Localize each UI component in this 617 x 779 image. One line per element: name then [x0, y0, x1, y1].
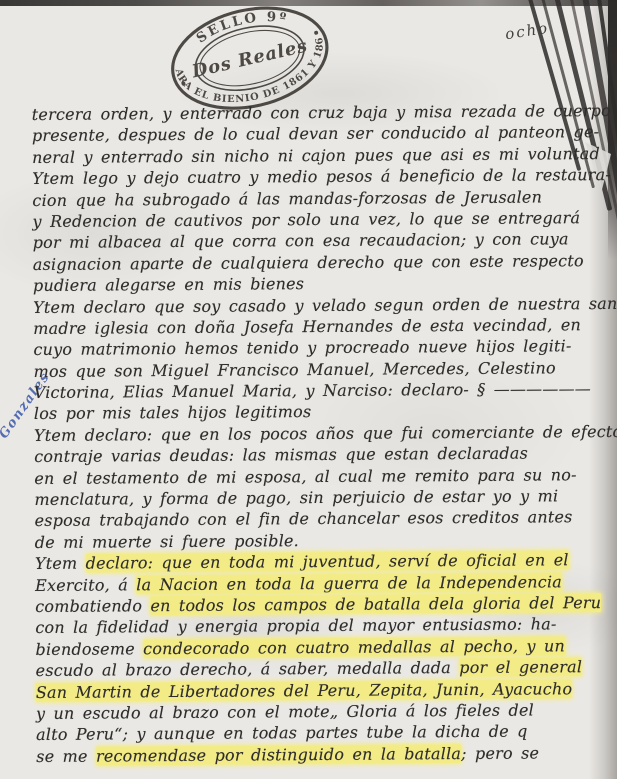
- highlighted-text: la Nacion en toda la guerra de la Indepe…: [136, 572, 562, 594]
- scanned-document-page: SELLO 9º PARA EL BIENIO DE 1861 Y 1862 D…: [0, 0, 617, 779]
- handwritten-text: cion que ha subrogado á las mandas-forzo…: [32, 187, 542, 210]
- handwritten-text: los por mis tales hijos legitimos: [34, 403, 312, 424]
- handwritten-text: por mi albacea al que corra con esa reca…: [33, 230, 569, 253]
- manuscript-line: asignacion aparte de cualquiera derecho …: [33, 250, 605, 275]
- handwritten-text: Ytem declaro: que en los pocos años que …: [34, 422, 617, 445]
- handwritten-text: Exercito, á: [35, 575, 136, 595]
- handwritten-text: Ytem lego y dejo cuatro y medio pesos á …: [32, 165, 611, 188]
- seal-dot-right: [314, 30, 319, 35]
- highlighted-text: en todos los campos de batalla dela glor…: [150, 593, 601, 615]
- handwritten-text: con la fidelidad y energia propia del ma…: [35, 615, 556, 638]
- handwritten-text: contraje varias deudas: las mismas que e…: [34, 444, 528, 466]
- handwritten-text: madre iglesia con doña Josefa Hernandes …: [33, 315, 581, 338]
- highlighted-text: recomendase por distinguido en la batall…: [96, 744, 461, 766]
- handwritten-text: presente, despues de lo cual devan ser c…: [32, 122, 599, 145]
- handwritten-text: asignacion aparte de cualquiera derecho …: [33, 251, 584, 274]
- handwritten-text: ; pero se: [461, 743, 539, 763]
- scan-edge-right: [608, 0, 617, 260]
- handwritten-text: biendoseme: [35, 639, 143, 659]
- handwritten-text: y un escudo al brazo con el mote„ Gloria…: [36, 700, 534, 722]
- manuscript-line: esposa trabajando con el fin de chancela…: [35, 506, 607, 531]
- handwritten-text: escudo al brazo derecho, á saber, medall…: [36, 658, 460, 680]
- handwritten-text: pudiera alegarse en mis bienes: [33, 274, 304, 295]
- handwritten-text: Ytem: [35, 554, 86, 573]
- handwritten-text: en el testamento de mi esposa, al cual m…: [34, 465, 577, 488]
- page-number: ocho: [504, 19, 550, 44]
- handwritten-text: cuyo matrimonio hemos tenido y procreado…: [33, 337, 571, 360]
- highlighted-text: por el general: [459, 657, 582, 677]
- manuscript-text: tercera orden, y enterrado con cruz baja…: [32, 100, 609, 767]
- handwritten-text: se me: [36, 746, 96, 765]
- highlighted-text: declaro: que en toda mi juventud, serví …: [86, 550, 569, 572]
- handwritten-text: neral y enterrado sin nicho ni cajon pue…: [32, 144, 600, 167]
- highlighted-text: San Martin de Libertadores del Peru, Zep…: [36, 679, 573, 702]
- handwritten-text: esposa trabajando con el fin de chancela…: [35, 508, 573, 531]
- handwritten-text: mos que son Miguel Francisco Manuel, Mer…: [33, 358, 555, 381]
- handwritten-text: y Redencion de cautivos por solo una vez…: [32, 208, 580, 231]
- handwritten-text: de mi muerte si fuere posible.: [35, 531, 299, 552]
- handwritten-text: combatiendo: [35, 596, 150, 616]
- handwritten-text: Victorina, Elias Manuel Maria, y Narciso…: [34, 379, 591, 402]
- manuscript-line: se me recomendase por distinguido en la …: [36, 742, 608, 767]
- handwritten-text: Ytem declaro que soy casado y velado seg…: [33, 293, 617, 316]
- handwritten-text: menclatura, y forma de pago, sin perjuic…: [34, 486, 558, 509]
- handwritten-text: tercera orden, y enterrado con cruz baja…: [32, 101, 611, 124]
- handwritten-text: alto Peru“; y aunque en todas partes tub…: [36, 722, 528, 744]
- highlighted-text: condecorado con cuatro medallas al pecho…: [143, 636, 565, 658]
